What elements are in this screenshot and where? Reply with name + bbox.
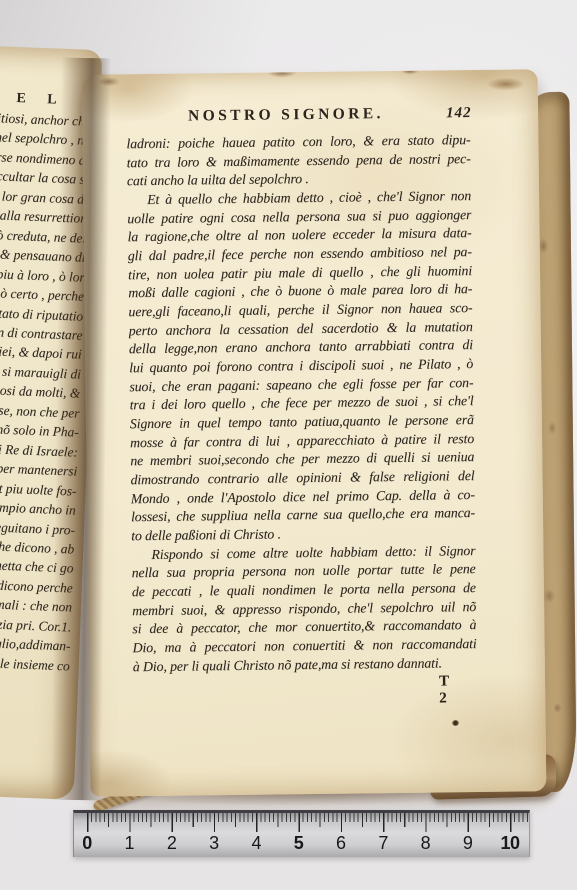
book-page: NOSTRO SIGNORE. 142 ladroni: poiche haue…	[82, 69, 547, 797]
running-header-row: NOSTRO SIGNORE. 142	[126, 104, 470, 135]
page-text-block: NOSTRO SIGNORE. 142 ladroni: poiche haue…	[126, 104, 477, 712]
ruler-number: 8	[404, 833, 446, 853]
facing-page-running-header: E L	[16, 91, 66, 109]
body-lines: ladroni: poiche hauea patito con loro, &…	[126, 131, 477, 677]
ruler-number: 5	[277, 833, 319, 853]
ruler-number: 6	[320, 833, 362, 853]
centimeter-ruler: 012345678910	[73, 810, 530, 857]
ruler-number: 9	[447, 833, 489, 853]
ruler-number: 4	[235, 833, 277, 853]
ruler-number: 2	[150, 833, 192, 853]
ruler-number: 0	[66, 833, 108, 853]
signature-mark: T 2	[133, 674, 477, 712]
ruler-numbers: 012345678910	[66, 833, 531, 853]
ruler-number: 7	[362, 833, 404, 853]
ruler-number: 3	[193, 833, 235, 853]
book-photograph: { "left_page": { "header": "E L", "lines…	[0, 0, 577, 890]
page-number: 142	[446, 105, 472, 122]
facing-page-text: bitiosi, anchor chenel sepolchro , nefor…	[0, 104, 91, 676]
wormhole	[452, 720, 459, 726]
ruler-ticks	[74, 813, 529, 835]
running-header: NOSTRO SIGNORE.	[188, 105, 384, 125]
ruler-number: 1	[108, 833, 150, 853]
ruler-number: 10	[489, 833, 531, 853]
